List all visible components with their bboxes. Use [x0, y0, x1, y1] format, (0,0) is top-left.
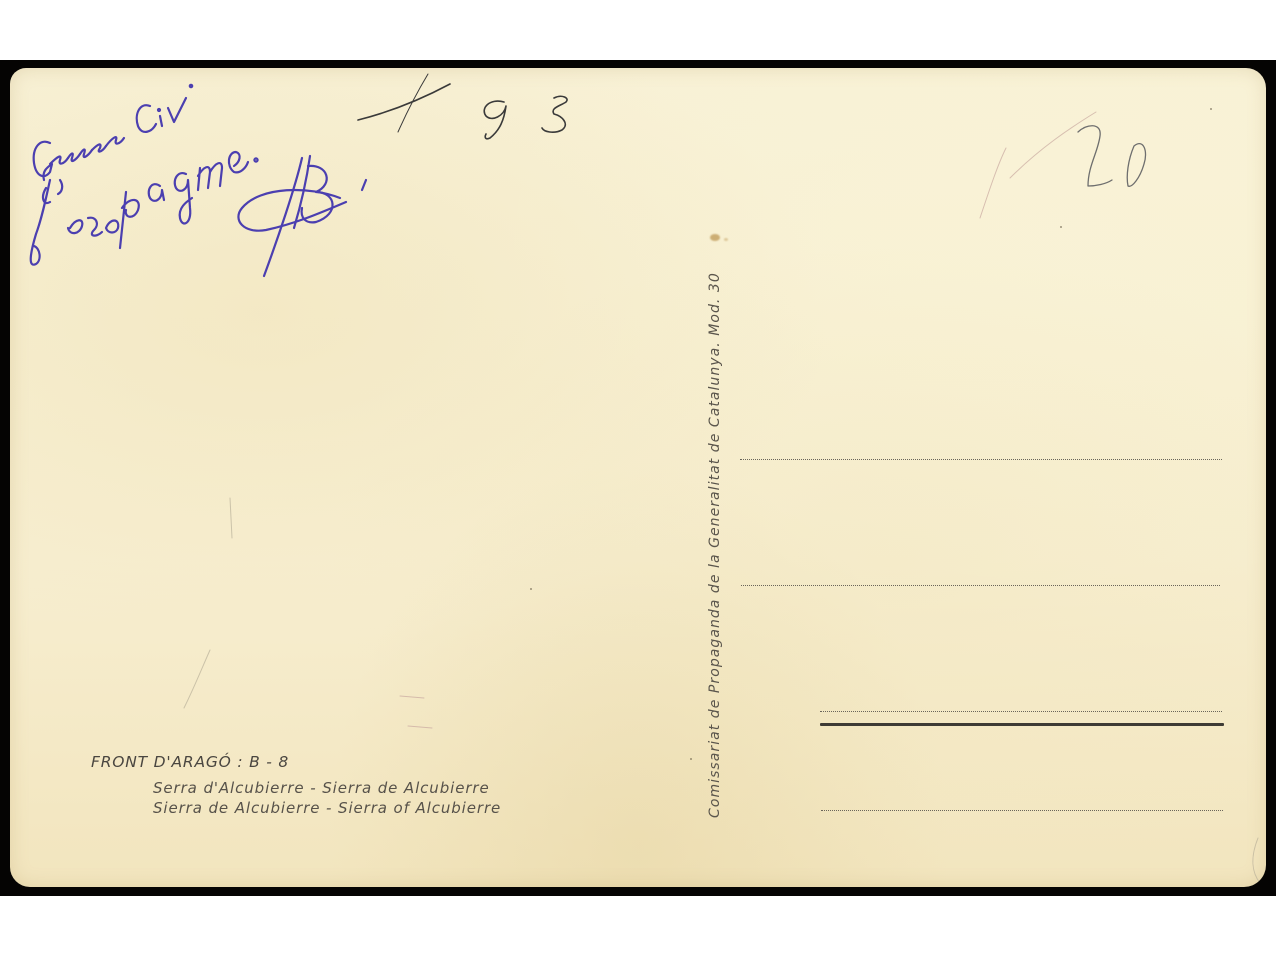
pencil-number-20: [1078, 126, 1146, 187]
blue-ink-guerre-civ: [34, 85, 193, 180]
publisher-vertical-text: Comissariat de Propaganda de la Generali…: [707, 272, 723, 818]
handwriting-monogram: B.: [250, 168, 251, 169]
postcard-back: Guerre Civ. d'espagne. B. 193 20 FRONT D…: [10, 68, 1266, 887]
address-line-4: [821, 810, 1223, 811]
address-line-1: [740, 459, 1222, 460]
address-line-solid: [820, 723, 1224, 726]
faint-red-marks: [400, 112, 1096, 728]
pencil-number-193: [358, 74, 567, 139]
pencil-number-right: 20: [1080, 138, 1081, 139]
handwriting-line-1: Guerre Civ.: [34, 108, 40, 109]
caption-line-2: Sierra de Alcubierre - Sierra of Alcubie…: [153, 799, 501, 817]
blue-ink-monogram: [238, 156, 366, 276]
blue-ink-despagne: [31, 152, 258, 265]
caption-line-1: Serra d'Alcubierre - Sierra de Alcubierr…: [153, 779, 490, 797]
address-line-3: [820, 711, 1222, 712]
handwriting-line-2: d'espagne.: [34, 188, 39, 189]
caption-title: FRONT D'ARAGÓ : B - 8: [91, 753, 289, 771]
pencil-number-top: 193: [390, 88, 392, 89]
address-line-2: [741, 585, 1220, 586]
